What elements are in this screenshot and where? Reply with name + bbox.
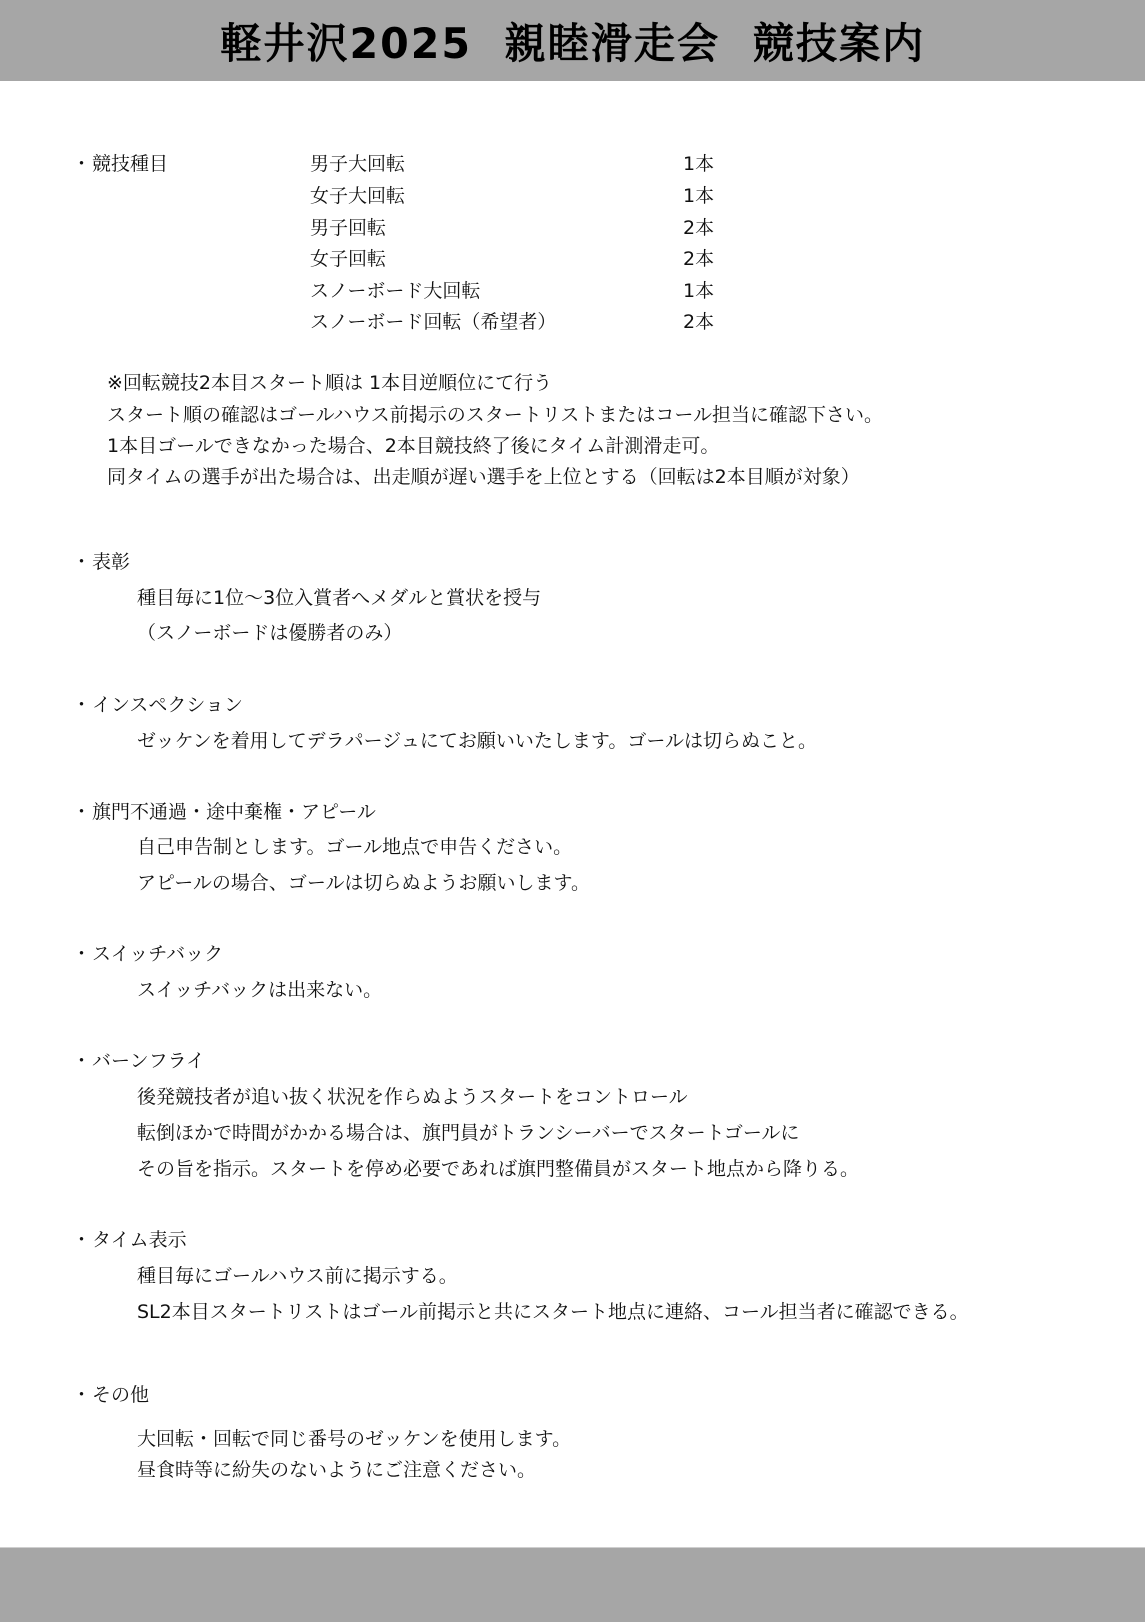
section-title: インスペクション	[92, 693, 243, 717]
bullet: ・	[72, 152, 91, 176]
footer-band	[0, 1547, 1145, 1622]
section-title: 旗門不通過・途中棄権・アピール	[92, 800, 376, 824]
bullet: ・	[72, 693, 91, 717]
event-runs: 1本	[683, 184, 714, 208]
event-name: スノーボード回転（希望者）	[310, 310, 556, 334]
bullet: ・	[72, 550, 91, 574]
section-line: スイッチバックは出来ない。	[137, 978, 382, 1002]
note-line: スタート順の確認はゴールハウス前掲示のスタートリストまたはコール担当に確認下さい…	[107, 403, 883, 427]
event-name: スノーボード大回転	[310, 279, 480, 303]
section-title: 競技種目	[92, 152, 168, 176]
section-line: 自己申告制とします。ゴール地点で申告ください。	[137, 835, 572, 859]
event-name: 女子回転	[310, 247, 386, 271]
section-line: 種目毎に1位～3位入賞者へメダルと賞状を授与	[137, 586, 541, 610]
event-runs: 2本	[683, 247, 714, 271]
event-name: 男子回転	[310, 216, 386, 240]
section-line: その旨を指示。スタートを停め必要であれば旗門整備員がスタート地点から降りる。	[137, 1157, 859, 1181]
note-line: 同タイムの選手が出た場合は、出走順が遅い選手を上位とする（回転は2本目順が対象）	[107, 465, 860, 489]
bullet: ・	[72, 800, 91, 824]
section-line: 後発競技者が追い抜く状況を作らぬようスタートをコントロール	[137, 1085, 688, 1109]
section-line: アピールの場合、ゴールは切らぬようお願いします。	[137, 871, 590, 895]
event-runs: 2本	[683, 310, 714, 334]
bullet: ・	[72, 942, 91, 966]
event-name: 男子大回転	[310, 152, 405, 176]
section-title: 表彰	[92, 550, 130, 574]
event-runs: 2本	[683, 216, 714, 240]
note-line: ※回転競技2本目スタート順は 1本目逆順位にて行う	[107, 371, 552, 395]
section-line: SL2本目スタートリストはゴール前掲示と共にスタート地点に連絡、コール担当者に確…	[137, 1300, 969, 1324]
bullet: ・	[72, 1383, 91, 1407]
page-title: 軽井沢2025 親睦滑走会 競技案内	[220, 11, 925, 71]
section-line: （スノーボードは優勝者のみ）	[137, 621, 402, 645]
section-title: スイッチバック	[92, 942, 223, 966]
section-title: バーンフライ	[92, 1049, 205, 1073]
section-line: 転倒ほかで時間がかかる場合は、旗門員がトランシーバーでスタートゴールに	[137, 1121, 799, 1145]
section-line: 種目毎にゴールハウス前に掲示する。	[137, 1264, 458, 1288]
header-band: 軽井沢2025 親睦滑走会 競技案内	[0, 0, 1145, 81]
section-line: 昼食時等に紛失のないようにご注意ください。	[137, 1458, 536, 1482]
note-line: 1本目ゴールできなかった場合、2本目競技終了後にタイム計測滑走可。	[107, 434, 719, 458]
bullet: ・	[72, 1049, 91, 1073]
section-line: ゼッケンを着用してデラパージュにてお願いいたします。ゴールは切らぬこと。	[137, 729, 817, 753]
event-name: 女子大回転	[310, 184, 405, 208]
bullet: ・	[72, 1228, 91, 1252]
event-runs: 1本	[683, 152, 714, 176]
event-runs: 1本	[683, 279, 714, 303]
section-title: その他	[92, 1383, 149, 1407]
section-title: タイム表示	[92, 1228, 187, 1252]
section-line: 大回転・回転で同じ番号のゼッケンを使用します。	[137, 1427, 571, 1451]
